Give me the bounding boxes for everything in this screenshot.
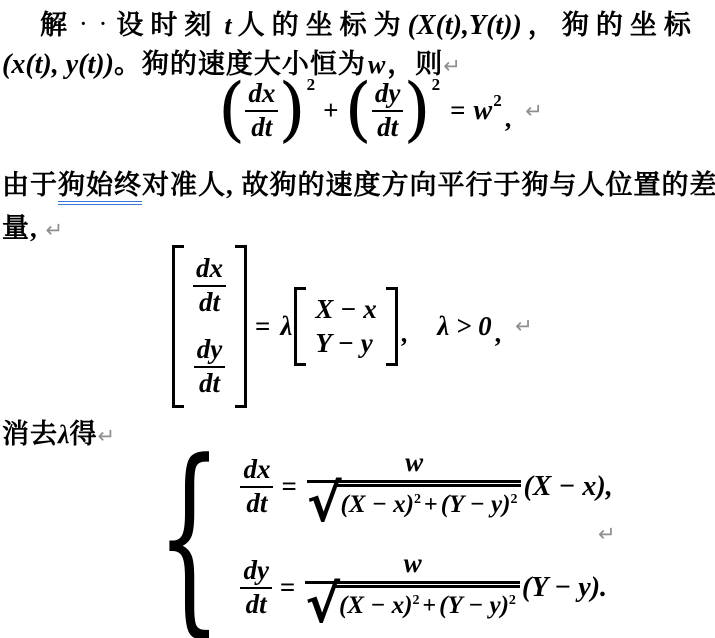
numerator: dy: [194, 335, 225, 368]
plus-sign: +: [422, 593, 436, 619]
left-paren: (: [345, 80, 372, 138]
factor-term: (X − x),: [523, 471, 612, 503]
lambda: λ: [280, 311, 292, 342]
equation-ode-system: { dx dt = w √ (X − x)2+(Y − y)2: [140, 447, 613, 627]
radical-sign: √: [307, 483, 342, 525]
ode-row-x: dx dt = w √ (X − x)2+(Y − y)2 (X −: [240, 447, 612, 526]
paragraph3: 消去λ得↵: [2, 412, 115, 451]
equals-sign: =: [281, 471, 296, 502]
comma: ,: [401, 319, 408, 349]
fraction-dx-dt: dx dt: [193, 254, 226, 317]
exponent-2: 2: [510, 492, 517, 507]
denominator: dt: [377, 112, 398, 143]
numerator: dy: [372, 79, 403, 112]
ode-row-y: dy dt = w √ (X − x)2+(Y − y)2 (Y −: [240, 548, 612, 627]
velocity-vector: dx dt dy dt: [184, 245, 235, 408]
equals-sign: =: [280, 572, 295, 603]
text-run: 消去: [2, 419, 58, 449]
text-run: 设时刻: [116, 10, 218, 40]
left-bracket: [172, 245, 184, 408]
numerator: dx: [245, 79, 278, 112]
right-bracket: [386, 287, 398, 366]
numerator: dx: [240, 455, 273, 488]
left-bracket: [294, 287, 306, 366]
denominator: dt: [199, 368, 220, 399]
comma: ,: [495, 319, 502, 349]
term: (X − x): [341, 491, 414, 518]
right-bracket: [235, 245, 247, 408]
text-run: 量,: [2, 213, 46, 243]
left-paren: (: [218, 80, 245, 138]
speed-fraction: w √ (X − x)2+(Y − y)2: [307, 447, 522, 526]
paragraph-mark: ↵: [515, 314, 533, 338]
exponent-2: 2: [412, 593, 419, 608]
var-w: w: [474, 95, 493, 127]
paragraph2-line1: 由于狗始终对准人, 故狗的速度方向平行于狗与人位置的差向: [2, 163, 715, 202]
lambda-condition: λ > 0: [437, 311, 491, 342]
matrix-row: Y − y: [315, 328, 376, 359]
square-root: √ (X − x)2+(Y − y)2: [305, 585, 520, 627]
paragraph-mark: ↵: [443, 54, 461, 78]
denominator: dt: [199, 287, 220, 318]
equals-sign: =: [255, 311, 270, 342]
solution-dots: · ·: [80, 13, 110, 35]
document-page: 解· ·设时刻t人的坐标为(X(t),Y(t))，狗的坐标 (x(t), y(t…: [0, 0, 715, 638]
equation-speed-magnitude: ( dx dt ) 2 + ( dy dt ) 2 = w 2 , ↵: [218, 79, 543, 142]
paragraph-mark: ↵: [46, 218, 64, 242]
grammar-underlined-text: 狗始终: [58, 170, 142, 205]
equals-sign: =: [450, 95, 465, 126]
plus-sign: +: [424, 492, 438, 518]
equation-direction-vector: dx dt dy dt = λ X − x Y − y , λ > 0: [172, 245, 533, 413]
paragraph-mark: ↵: [598, 522, 616, 546]
exponent-2: 2: [432, 75, 441, 95]
fraction-dy-dt: dy dt: [193, 335, 226, 398]
numerator: dy: [240, 556, 271, 589]
term: (Y − y): [439, 592, 509, 619]
lambda: λ: [58, 420, 70, 449]
term: (Y − y): [441, 491, 511, 518]
text-run: 对准人, 故狗的速度方向平行于狗与人位置的差向: [142, 170, 715, 200]
exponent-2: 2: [493, 91, 502, 111]
exponent-2: 2: [307, 75, 316, 95]
comma: ,: [505, 104, 512, 134]
solution-label: 解: [40, 10, 74, 40]
numerator-w: w: [404, 548, 422, 581]
fraction-dx-dt: dx dt: [245, 79, 278, 142]
difference-vector: X − x Y − y: [294, 287, 397, 366]
math-dog-coords: (x(t), y(t)): [2, 49, 114, 80]
matrix-row: X − x: [315, 294, 376, 325]
term: (X − x): [339, 592, 412, 619]
denominator: dt: [246, 589, 267, 620]
radical-sign: √: [305, 584, 340, 626]
fraction-dy-dt: dy dt: [240, 556, 271, 619]
exponent-2: 2: [509, 593, 516, 608]
square-root: √ (X − x)2+(Y − y)2: [307, 484, 522, 526]
fraction-dx-dt: dx dt: [240, 455, 273, 518]
paragraph-mark: ↵: [525, 99, 543, 123]
paragraph1-line1: 解· ·设时刻t人的坐标为(X(t),Y(t))，狗的坐标: [0, 3, 698, 42]
paragraph-mark: ↵: [98, 424, 116, 448]
var-t: t: [224, 11, 231, 40]
denominator: dt: [246, 488, 267, 519]
denominator: dt: [251, 112, 272, 143]
plus-sign: +: [323, 95, 338, 126]
right-paren: ): [403, 80, 430, 138]
fullwidth-comma: ，: [528, 10, 562, 40]
radicand: (X − x)2+(Y − y)2: [335, 484, 522, 520]
fraction-dy-dt: dy dt: [372, 79, 403, 142]
numerator: dx: [193, 254, 226, 287]
numerator-w: w: [405, 447, 423, 480]
system-brace: {: [157, 447, 222, 627]
right-paren: ): [278, 80, 305, 138]
radicand: (X − x)2+(Y − y)2: [333, 585, 520, 621]
paragraph2-line2: 量, ↵: [2, 206, 63, 245]
factor-term: (Y − y).: [522, 572, 607, 604]
text-run: 由于: [2, 170, 58, 200]
text-run: 得: [70, 419, 98, 449]
math-person-coords: (X(t),Y(t)): [408, 10, 522, 41]
text-run: 狗的坐标: [562, 10, 698, 40]
exponent-2: 2: [414, 492, 421, 507]
speed-fraction: w √ (X − x)2+(Y − y)2: [305, 548, 520, 627]
text-run: 人的坐标为: [238, 10, 408, 40]
